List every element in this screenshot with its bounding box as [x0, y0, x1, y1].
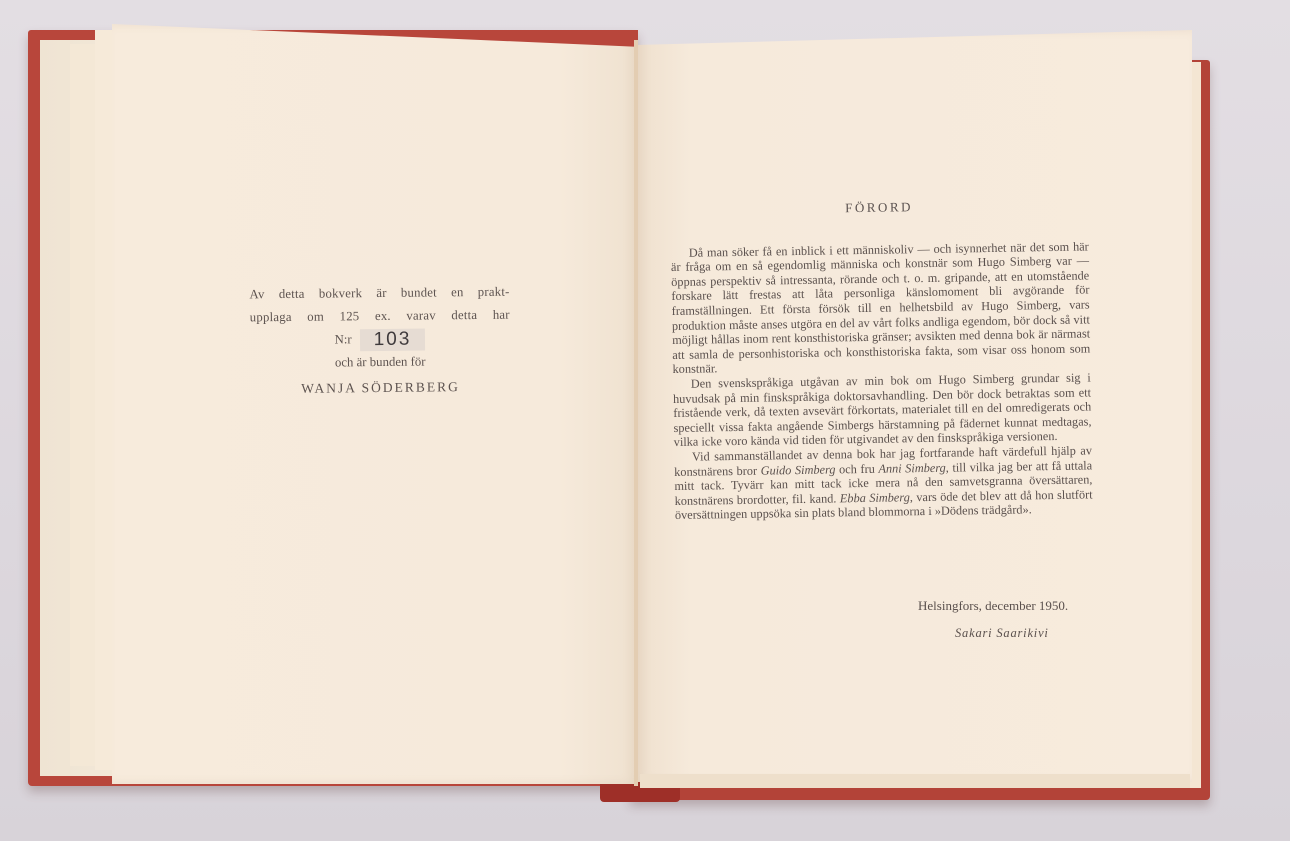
preface-paragraph: Vid sammanställandet av denna bok har ja… [674, 443, 1093, 523]
person-name: Guido Simberg [761, 462, 836, 477]
copy-number-row: N:r 103 [250, 327, 510, 353]
copy-number: 103 [360, 328, 426, 351]
book-gutter [634, 40, 638, 786]
author-signature: Sakari Saarikivi [955, 626, 1049, 641]
preface-paragraph: Den svenskspråkiga utgåvan av min bok om… [673, 370, 1092, 450]
page-block-bottom [640, 774, 1190, 788]
place-date: Helsingfors, december 1950. [918, 598, 1068, 614]
owner-name: WANJA SÖDERBERG [250, 375, 510, 401]
colophon: Av detta bokverk är bundet en prakt- upp… [249, 281, 510, 401]
bound-for-text: och är bunden för [250, 350, 510, 376]
preface: FÖRORD Då man söker få en inblick i ett … [670, 197, 1093, 522]
colophon-line: Av detta bokverk är bundet en prakt- [249, 281, 509, 307]
colophon-line: upplaga om 125 ex. varav detta har [250, 304, 510, 330]
person-name: Anni Simberg [878, 460, 946, 475]
number-label: N:r [334, 328, 351, 351]
text-run: och fru [835, 461, 878, 476]
person-name: Ebba Simberg [840, 490, 910, 505]
left-page[interactable] [112, 24, 638, 784]
preface-paragraph: Då man söker få en inblick i ett människ… [671, 239, 1091, 377]
